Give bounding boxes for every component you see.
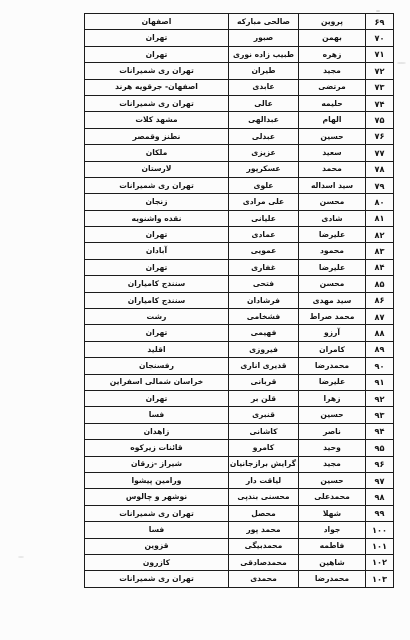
table-row: ۱۰۱ فاطمه محمدبیگی قزوین (85, 538, 394, 554)
cell-city: تهران ری شمیرانات (85, 571, 229, 587)
cell-city: سنندج کامیاران (85, 292, 229, 308)
cell-row-number: ۷۱ (366, 46, 394, 62)
cell-city: تهران (85, 227, 229, 243)
cell-first-name: بهمن (299, 30, 366, 46)
cell-first-name: محسن (299, 194, 366, 210)
table-row: ۸۲ علیرضا عمادی تهران (85, 227, 394, 243)
cell-city: لارستان (85, 161, 229, 177)
cell-last-name: قدیری اناری (229, 358, 299, 374)
cell-last-name: کاشانی (229, 423, 299, 439)
cell-city: نوشهر و چالوس (85, 489, 229, 505)
cell-row-number: ۱۰۳ (366, 571, 394, 587)
table-row: ۷۹ سید اسداله علوی تهران ری شمیرانات (85, 177, 394, 193)
cell-last-name: علی مرادی (229, 194, 299, 210)
cell-city: زنجان (85, 194, 229, 210)
cell-city: تهران (85, 325, 229, 341)
cell-first-name: علیرضا (299, 227, 366, 243)
cell-first-name: علیرضا (299, 259, 366, 275)
cell-row-number: ۹۲ (366, 390, 394, 406)
cell-first-name: کامران (299, 341, 366, 357)
cell-row-number: ۸۷ (366, 309, 394, 325)
cell-row-number: ۹۳ (366, 407, 394, 423)
cell-city: اقلید (85, 341, 229, 357)
cell-city: تهران ری شمیرانات (85, 505, 229, 521)
cell-last-name: کامرو (229, 440, 299, 456)
cell-first-name: سید اسداله (299, 177, 366, 193)
table-row: ۸۵ محسن فتحی سنندج کامیاران (85, 276, 394, 292)
table-row: ۹۲ زهرا قلن بر تهران (85, 390, 394, 406)
scan-artifact (397, 62, 406, 64)
cell-last-name: محمدصادقی (229, 554, 299, 570)
cell-first-name: محسن (299, 276, 366, 292)
cell-city: خراسان شمالی اسفراین (85, 374, 229, 390)
table-row: ۱۰۲ شاهین محمدصادقی کازرون (85, 554, 394, 570)
cell-last-name: عمادی (229, 227, 299, 243)
cell-city: شیراز -زرقان (85, 456, 229, 472)
cell-row-number: ۷۸ (366, 161, 394, 177)
cell-city: کازرون (85, 554, 229, 570)
cell-last-name: طیران (229, 63, 299, 79)
cell-first-name: شهلا (299, 505, 366, 521)
table-row: ۱۰۳ محمدرضا محمدی تهران ری شمیرانات (85, 571, 394, 587)
cell-last-name: فرشادان (229, 292, 299, 308)
cell-city: قائنات زیرکوه (85, 440, 229, 456)
cell-first-name: علیرضا (299, 374, 366, 390)
cell-city: تهران ری شمیرانات (85, 63, 229, 79)
cell-last-name: محمد پور (229, 522, 299, 538)
table-row: ۹۷ حسین لیاقت دار ورامین پیشوا (85, 472, 394, 488)
table-row: ۸۰ محسن علی مرادی زنجان (85, 194, 394, 210)
cell-first-name: مجید (299, 63, 366, 79)
cell-last-name: غفاری (229, 259, 299, 275)
cell-last-name: عسکرپور (229, 161, 299, 177)
cell-first-name: سید مهدی (299, 292, 366, 308)
cell-city: زاهدان (85, 423, 229, 439)
cell-last-name: فشخامی (229, 309, 299, 325)
cell-first-name: فاطمه (299, 538, 366, 554)
cell-last-name: قنبری (229, 407, 299, 423)
cell-last-name: قربانی (229, 374, 299, 390)
cell-row-number: ۹۷ (366, 472, 394, 488)
cell-row-number: ۹۵ (366, 440, 394, 456)
cell-row-number: ۱۰۲ (366, 554, 394, 570)
cell-first-name: حلیمه (299, 95, 366, 111)
table-row: ۹۳ حسین قنبری فسا (85, 407, 394, 423)
table-row: ۷۳ مرتضی عابدی اصفهان- جرقویه هرند (85, 79, 394, 95)
cell-last-name: عمویی (229, 243, 299, 259)
cell-first-name: ناصر (299, 423, 366, 439)
cell-first-name: جواد (299, 522, 366, 538)
cell-row-number: ۱۰۱ (366, 538, 394, 554)
cell-row-number: ۸۴ (366, 259, 394, 275)
cell-last-name: گرایش برازجانیان (229, 456, 299, 472)
cell-row-number: ۸۸ (366, 325, 394, 341)
cell-first-name: محمود (299, 243, 366, 259)
cell-row-number: ۸۲ (366, 227, 394, 243)
cell-city: فسا (85, 407, 229, 423)
cell-city: ورامین پیشوا (85, 472, 229, 488)
cell-first-name: مرتضی (299, 79, 366, 95)
cell-first-name: زهره (299, 46, 366, 62)
cell-last-name: علوی (229, 177, 299, 193)
cell-first-name: الهام (299, 112, 366, 128)
cell-city: اصفهان (85, 14, 229, 30)
cell-last-name: فیروزی (229, 341, 299, 357)
cell-first-name: محمد (299, 161, 366, 177)
cell-row-number: ۸۰ (366, 194, 394, 210)
cell-city: فسا (85, 522, 229, 538)
table-row: ۸۳ محمود عمویی آبادان (85, 243, 394, 259)
cell-last-name: محمدبیگی (229, 538, 299, 554)
cell-last-name: صالحی مبارکه (229, 14, 299, 30)
cell-city: اصفهان- جرقویه هرند (85, 79, 229, 95)
table-row: ۷۸ محمد عسکرپور لارستان (85, 161, 394, 177)
cell-last-name: عالی (229, 95, 299, 111)
cell-first-name: وحید (299, 440, 366, 456)
table-row: ۸۶ سید مهدی فرشادان سنندج کامیاران (85, 292, 394, 308)
cell-city: نطنز وقمصر (85, 128, 229, 144)
table-row: ۷۰ بهمن صبور تهران (85, 30, 394, 46)
cell-last-name: عزیزی (229, 145, 299, 161)
cell-city: قزوین (85, 538, 229, 554)
cell-first-name: شادی (299, 210, 366, 226)
cell-city: تهران (85, 46, 229, 62)
cell-row-number: ۸۵ (366, 276, 394, 292)
table-row: ۶۹ پروین صالحی مبارکه اصفهان (85, 14, 394, 30)
cell-row-number: ۱۰۰ (366, 522, 394, 538)
cell-last-name: فهیمی (229, 325, 299, 341)
roster-table-body: ۶۹ پروین صالحی مبارکه اصفهان ۷۰ بهمن صبو… (85, 14, 394, 588)
cell-last-name: طبیب زاده نوری (229, 46, 299, 62)
document-page: ۶۹ پروین صالحی مبارکه اصفهان ۷۰ بهمن صبو… (0, 0, 410, 640)
cell-first-name: زهرا (299, 390, 366, 406)
cell-row-number: ۹۱ (366, 374, 394, 390)
cell-city: رشت (85, 309, 229, 325)
cell-row-number: ۸۹ (366, 341, 394, 357)
table-row: ۸۱ شادی علیانی نقده واشنویه (85, 210, 394, 226)
cell-city: تهران (85, 30, 229, 46)
table-row: ۹۵ وحید کامرو قائنات زیرکوه (85, 440, 394, 456)
cell-first-name: محمدرضا (299, 358, 366, 374)
table-row: ۸۷ محمد صراط فشخامی رشت (85, 309, 394, 325)
cell-row-number: ۹۶ (366, 456, 394, 472)
cell-city: رفسنجان (85, 358, 229, 374)
cell-first-name: مجید (299, 456, 366, 472)
cell-row-number: ۷۷ (366, 145, 394, 161)
table-row: ۹۹ شهلا محصل تهران ری شمیرانات (85, 505, 394, 521)
cell-city: مشهد کلات (85, 112, 229, 128)
table-row: ۷۷ سعید عزیزی ملکان (85, 145, 394, 161)
cell-row-number: ۹۴ (366, 423, 394, 439)
cell-last-name: محصل (229, 505, 299, 521)
table-row: ۸۹ کامران فیروزی اقلید (85, 341, 394, 357)
table-row: ۷۱ زهره طبیب زاده نوری تهران (85, 46, 394, 62)
table-row: ۷۴ حلیمه عالی تهران ری شمیرانات (85, 95, 394, 111)
roster-table: ۶۹ پروین صالحی مبارکه اصفهان ۷۰ بهمن صبو… (84, 13, 394, 588)
cell-row-number: ۷۲ (366, 63, 394, 79)
cell-first-name: محمدرضا (299, 571, 366, 587)
cell-first-name: محمدعلی (299, 489, 366, 505)
table-row: ۷۵ الهام عبدالهی مشهد کلات (85, 112, 394, 128)
cell-row-number: ۸۶ (366, 292, 394, 308)
cell-city: سنندج کامیاران (85, 276, 229, 292)
cell-first-name: حسین (299, 472, 366, 488)
table-row: ۷۶ حسین عبدلی نطنز وقمصر (85, 128, 394, 144)
cell-row-number: ۷۳ (366, 79, 394, 95)
cell-city: تهران (85, 259, 229, 275)
table-row: ۹۰ محمدرضا قدیری اناری رفسنجان (85, 358, 394, 374)
table-row: ۹۱ علیرضا قربانی خراسان شمالی اسفراین (85, 374, 394, 390)
cell-last-name: قلن بر (229, 390, 299, 406)
cell-first-name: پروین (299, 14, 366, 30)
cell-last-name: محسنی بندپی (229, 489, 299, 505)
cell-last-name: صبور (229, 30, 299, 46)
cell-row-number: ۷۰ (366, 30, 394, 46)
cell-city: ملکان (85, 145, 229, 161)
cell-row-number: ۹۹ (366, 505, 394, 521)
cell-row-number: ۸۱ (366, 210, 394, 226)
cell-first-name: شاهین (299, 554, 366, 570)
cell-first-name: حسین (299, 128, 366, 144)
cell-city: نقده واشنویه (85, 210, 229, 226)
scan-artifact (18, 556, 24, 558)
cell-city: تهران (85, 390, 229, 406)
cell-last-name: علیانی (229, 210, 299, 226)
cell-row-number: ۶۹ (366, 14, 394, 30)
cell-last-name: عبدالهی (229, 112, 299, 128)
table-row: ۹۸ محمدعلی محسنی بندپی نوشهر و چالوس (85, 489, 394, 505)
cell-row-number: ۷۶ (366, 128, 394, 144)
cell-last-name: محمدی (229, 571, 299, 587)
cell-city: تهران ری شمیرانات (85, 177, 229, 193)
scan-artifact (376, 10, 380, 12)
cell-row-number: ۷۵ (366, 112, 394, 128)
table-row: ۹۶ مجید گرایش برازجانیان شیراز -زرقان (85, 456, 394, 472)
table-row: ۸۸ آرزو فهیمی تهران (85, 325, 394, 341)
table-row: ۸۴ علیرضا غفاری تهران (85, 259, 394, 275)
cell-first-name: سعید (299, 145, 366, 161)
cell-row-number: ۸۳ (366, 243, 394, 259)
cell-city: تهران ری شمیرانات (85, 95, 229, 111)
table-row: ۱۰۰ جواد محمد پور فسا (85, 522, 394, 538)
table-row: ۷۲ مجید طیران تهران ری شمیرانات (85, 63, 394, 79)
cell-first-name: حسین (299, 407, 366, 423)
cell-city: آبادان (85, 243, 229, 259)
table-row: ۹۴ ناصر کاشانی زاهدان (85, 423, 394, 439)
cell-row-number: ۹۸ (366, 489, 394, 505)
cell-first-name: محمد صراط (299, 309, 366, 325)
cell-last-name: لیاقت دار (229, 472, 299, 488)
cell-row-number: ۷۴ (366, 95, 394, 111)
cell-first-name: آرزو (299, 325, 366, 341)
cell-row-number: ۷۹ (366, 177, 394, 193)
cell-last-name: فتحی (229, 276, 299, 292)
cell-last-name: عبدلی (229, 128, 299, 144)
cell-last-name: عابدی (229, 79, 299, 95)
cell-row-number: ۹۰ (366, 358, 394, 374)
